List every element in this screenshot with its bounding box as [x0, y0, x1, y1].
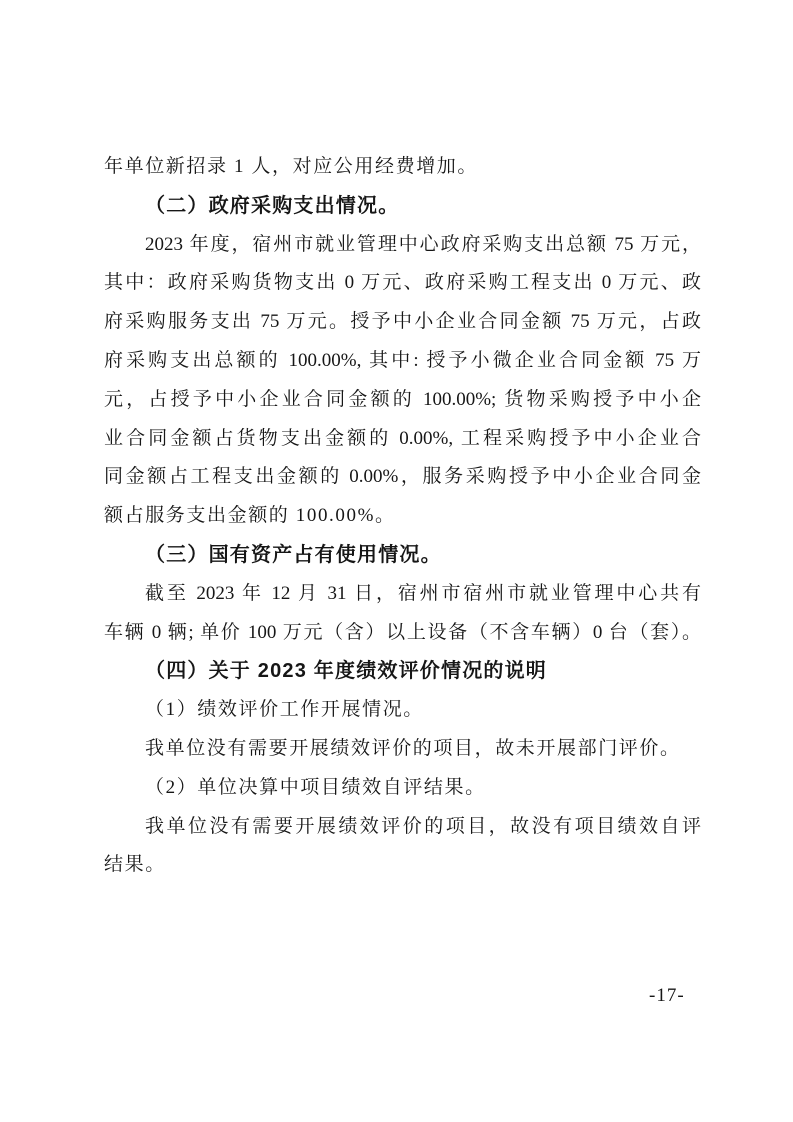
- document-text-block: 年单位新招录 1 人，对应公用经费增加。（二）政府采购支出情况。2023 年度，…: [104, 148, 701, 885]
- text-line: 额占服务支出金额的 100.00%。: [104, 497, 701, 536]
- text-line: （1）绩效评价工作开展情况。: [104, 691, 701, 730]
- section-heading: （四）关于 2023 年度绩效评价情况的说明: [104, 652, 701, 691]
- text-line: 业合同金额占货物支出金额的 0.00%, 工程采购授予中小企业合: [104, 420, 701, 459]
- text-line: 我单位没有需要开展绩效评价的项目，故没有项目绩效自评: [104, 808, 701, 847]
- text-line: 府采购服务支出 75 万元。授予中小企业合同金额 75 万元，占政: [104, 303, 701, 342]
- text-line: 车辆 0 辆; 单价 100 万元（含）以上设备（不含车辆）0 台（套）。: [104, 614, 701, 653]
- page-number: -17-: [649, 985, 685, 1007]
- text-line: 元，占授予中小企业合同金额的 100.00%; 货物采购授予中小企: [104, 381, 701, 420]
- text-line: 我单位没有需要开展绩效评价的项目，故未开展部门评价。: [104, 730, 701, 769]
- document-page: 年单位新招录 1 人，对应公用经费增加。（二）政府采购支出情况。2023 年度，…: [0, 0, 793, 1122]
- text-line: （2）单位决算中项目绩效自评结果。: [104, 769, 701, 808]
- section-heading: （三）国有资产占有使用情况。: [104, 536, 701, 575]
- text-line: 府采购支出总额的 100.00%, 其中: 授予小微企业合同金额 75 万: [104, 342, 701, 381]
- text-line: 年单位新招录 1 人，对应公用经费增加。: [104, 148, 701, 187]
- text-line: 结果。: [104, 846, 701, 885]
- text-line: 截至 2023 年 12 月 31 日，宿州市宿州市就业管理中心共有: [104, 575, 701, 614]
- text-line: 2023 年度，宿州市就业管理中心政府采购支出总额 75 万元，: [104, 226, 701, 265]
- section-heading: （二）政府采购支出情况。: [104, 187, 701, 226]
- text-line: 其中：政府采购货物支出 0 万元、政府采购工程支出 0 万元、政: [104, 264, 701, 303]
- text-line: 同金额占工程支出金额的 0.00%，服务采购授予中小企业合同金: [104, 458, 701, 497]
